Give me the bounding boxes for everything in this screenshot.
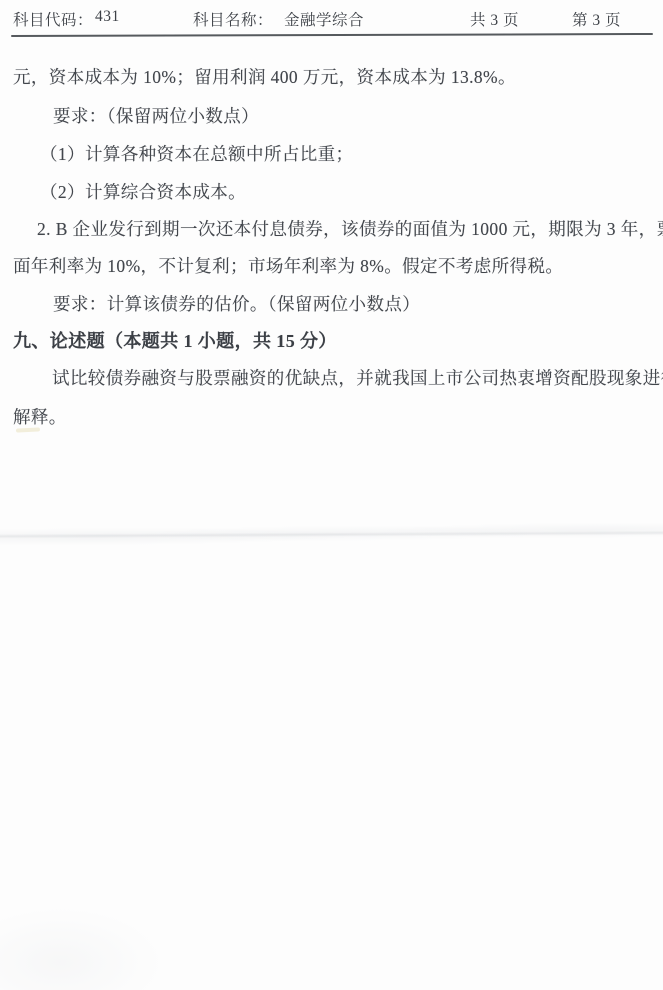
exam-page: 科目代码： 431 科目名称： 金融学综合 共 3 页 第 3 页 元，资本成本… (0, 0, 663, 990)
subject-code-value: 431 (95, 8, 120, 26)
scan-smudge-artifact (0, 880, 240, 990)
current-page-label: 第 3 页 (572, 8, 621, 30)
question1-subitem-1: （1）计算各种资本在总额中所占比重； (40, 141, 353, 166)
subject-name-label: 科目名称： (193, 8, 273, 30)
question1-subitem-2: （2）计算综合资本成本。 (40, 179, 246, 204)
question2-requirement: 要求：计算该债券的估价。（保留两位小数点） (53, 291, 420, 316)
scan-speck-artifact (16, 427, 40, 432)
total-pages-label: 共 3 页 (470, 8, 519, 30)
question1-requirement: 要求：（保留两位小数点） (53, 103, 259, 128)
essay-question-line2: 解释。 (13, 404, 67, 429)
paper-fold-crease (0, 518, 663, 549)
essay-question-line1: 试比较债券融资与股票融资的优缺点，并就我国上市公司热衷增资配股现象进行 (52, 365, 663, 390)
subject-name-value: 金融学综合 (284, 8, 364, 30)
question1-text-continuation: 元，资本成本为 10%；留用利润 400 万元，资本成本为 13.8%。 (13, 64, 516, 89)
question2-text-line2: 面年利率为 10%，不计复利；市场年利率为 8%。假定不考虑所得税。 (13, 253, 563, 278)
header-divider-rule (11, 33, 653, 37)
question2-text-line1: 2. B 企业发行到期一次还本付息债券，该债券的面值为 1000 元，期限为 3… (37, 216, 663, 241)
subject-code-label: 科目代码： (13, 8, 93, 30)
section-nine-heading: 九、论述题（本题共 1 小题，共 15 分） (13, 327, 337, 353)
